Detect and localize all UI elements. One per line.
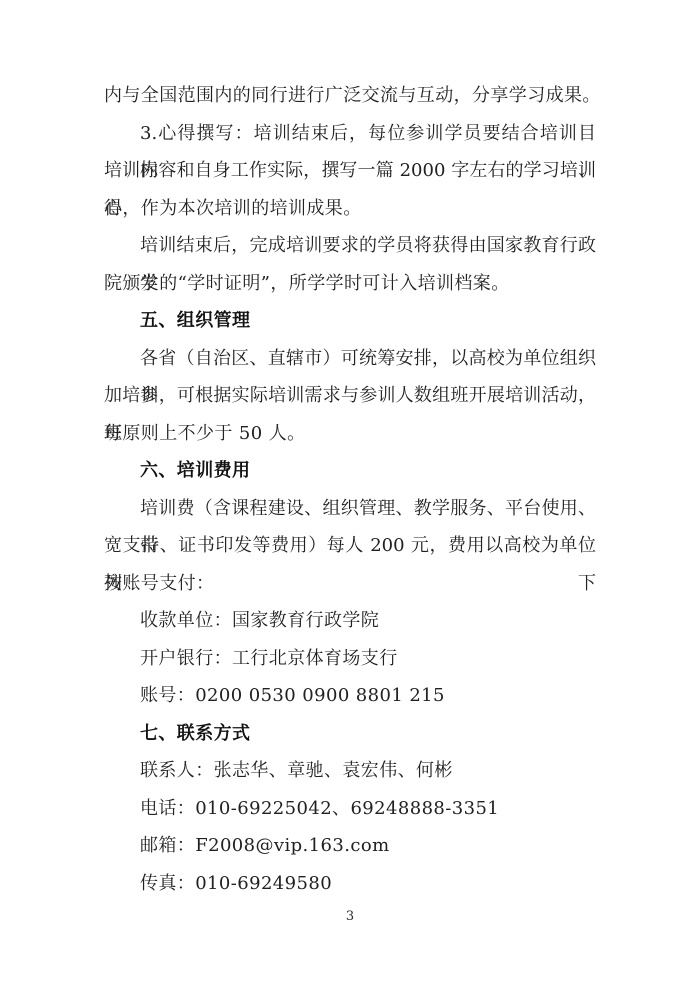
- text-line: 各省（自治区、直辖市）可统筹安排，以高校为单位组织参: [104, 340, 596, 378]
- text-line: 宽支持、证书印发等费用）每人 200 元，费用以高校为单位按下: [104, 527, 596, 565]
- text-line: 电话：010-69225042、69248888-3351: [104, 790, 596, 828]
- text-line: 班原则上不少于 50 人。: [104, 415, 596, 453]
- text-line: 培训结束后，完成培训要求的学员将获得由国家教育行政学: [104, 227, 596, 265]
- document-page: 内与全国范围内的同行进行广泛交流与互动，分享学习成果。3.心得撰写：培训结束后，…: [0, 0, 700, 997]
- text-line: 院颁发的“学时证明”，所学学时可计入培训档案。: [104, 265, 596, 303]
- document-body: 内与全国范围内的同行进行广泛交流与互动，分享学习成果。3.心得撰写：培训结束后，…: [104, 77, 596, 902]
- text-line: 收款单位：国家教育行政学院: [104, 602, 596, 640]
- text-line: 培训内容和自身工作实际，撰写一篇 2000 字左右的学习培训心: [104, 152, 596, 190]
- section-heading: 六、培训费用: [104, 452, 596, 490]
- text-line: 账号：0200 0530 0900 8801 215: [104, 677, 596, 715]
- section-heading: 五、组织管理: [104, 302, 596, 340]
- text-line: 得，作为本次培训的培训成果。: [104, 190, 596, 228]
- text-line: 内与全国范围内的同行进行广泛交流与互动，分享学习成果。: [104, 77, 596, 115]
- text-line: 3.心得撰写：培训结束后，每位参训学员要结合培训目标、: [104, 115, 596, 153]
- text-line: 邮箱：F2008@vip.163.com: [104, 827, 596, 865]
- text-line: 联系人：张志华、章驰、袁宏伟、何彬: [104, 752, 596, 790]
- text-line: 加培训，可根据实际培训需求与参训人数组班开展培训活动，每: [104, 377, 596, 415]
- text-line: 培训费（含课程建设、组织管理、教学服务、平台使用、带: [104, 490, 596, 528]
- page-number: 3: [0, 905, 700, 929]
- section-heading: 七、联系方式: [104, 715, 596, 753]
- text-line: 开户银行：工行北京体育场支行: [104, 640, 596, 678]
- text-line: 传真：010-69249580: [104, 865, 596, 903]
